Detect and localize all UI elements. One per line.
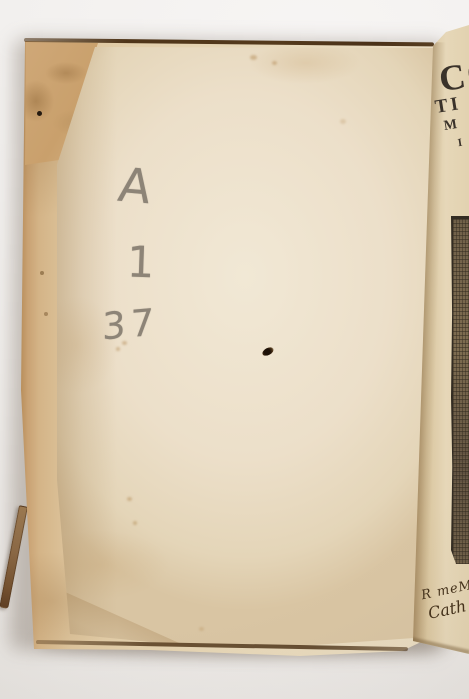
title-fragment: I: [457, 138, 463, 150]
foxing-spot: [122, 341, 127, 345]
foxing-spot: [127, 497, 132, 501]
foxing-spot: [133, 521, 137, 525]
title-fragment: TI: [434, 94, 463, 117]
photo-of-book: A 1 37 CO TI M I R meM Cath: [0, 0, 469, 699]
foxing-spot: [40, 271, 44, 275]
title-fragment: M: [443, 118, 458, 134]
title-fragment: CO: [437, 53, 469, 98]
foxing-spot: [44, 312, 48, 316]
wormhole: [261, 346, 275, 358]
foxing-spot: [272, 61, 277, 65]
foxing-spot: [116, 347, 120, 351]
foxing-spot: [250, 55, 257, 60]
endpaper-page: A 1 37: [55, 45, 435, 653]
foxing-spot: [340, 119, 346, 124]
woodcut-engraving: [451, 216, 469, 564]
pencil-mark-number: 37: [102, 303, 159, 345]
pencil-mark-letter: A: [115, 162, 154, 211]
ink-dot: [37, 111, 42, 116]
owner-inscription-line: Cath: [427, 598, 468, 622]
pencil-mark-number: 1: [126, 242, 155, 286]
foxing-spot: [199, 627, 204, 631]
